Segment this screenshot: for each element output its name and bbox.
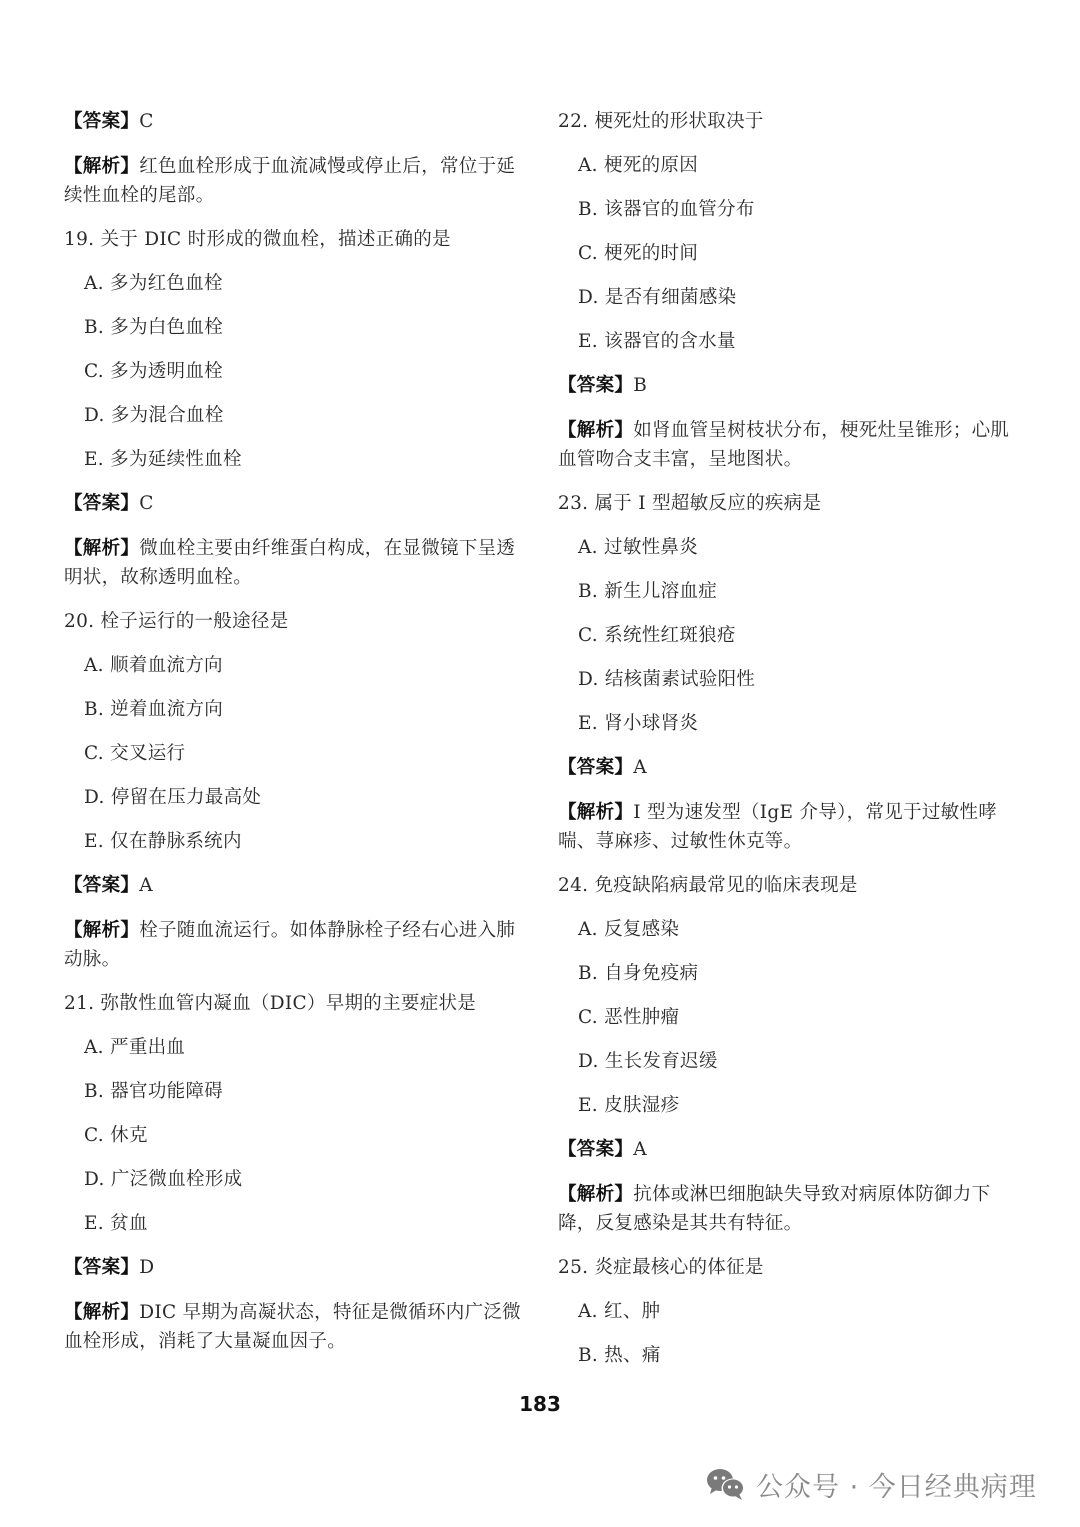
left-column: 【答案】C 【解析】红色血栓形成于血流减慢或停止后，常位于延续性血栓的尾部。 1… xyxy=(64,108,524,1372)
answer-line: 【答案】D xyxy=(64,1254,524,1282)
analysis-paragraph: 【解析】抗体或淋巴细胞缺失导致对病原体防御力下降，反复感染是其共有特征。 xyxy=(558,1180,1018,1238)
answer-tag: 【答案】 xyxy=(64,111,139,132)
option-d: D. 生长发育迟缓 xyxy=(558,1048,1018,1076)
answer-value: A xyxy=(633,757,647,778)
option-a: A. 顺着血流方向 xyxy=(64,652,524,680)
analysis-paragraph: 【解析】微血栓主要由纤维蛋白构成，在显微镜下呈透明状，故称透明血栓。 xyxy=(64,534,524,592)
answer-value: C xyxy=(139,493,153,514)
answer-value: A xyxy=(139,875,153,896)
analysis-paragraph: 【解析】如肾血管呈树枝状分布，梗死灶呈锥形；心肌血管吻合支丰富，呈地图状。 xyxy=(558,416,1018,474)
option-e: E. 多为延续性血栓 xyxy=(64,446,524,474)
watermark: 公众号 · 今日经典病理 xyxy=(706,1464,1037,1504)
option-a: A. 红、肿 xyxy=(558,1298,1018,1326)
option-d: D. 广泛微血栓形成 xyxy=(64,1166,524,1194)
answer-tag: 【答案】 xyxy=(64,1257,139,1278)
wechat-icon xyxy=(706,1467,746,1501)
question-stem: 19. 关于 DIC 时形成的微血栓，描述正确的是 xyxy=(64,226,524,254)
option-c: C. 交叉运行 xyxy=(64,740,524,768)
option-c: C. 梗死的时间 xyxy=(558,240,1018,268)
option-c: C. 多为透明血栓 xyxy=(64,358,524,386)
right-column: 22. 梗死灶的形状取决于 A. 梗死的原因 B. 该器官的血管分布 C. 梗死… xyxy=(558,108,1018,1386)
option-e: E. 肾小球肾炎 xyxy=(558,710,1018,738)
option-b: B. 逆着血流方向 xyxy=(64,696,524,724)
answer-line: 【答案】C xyxy=(64,108,524,136)
option-b: B. 器官功能障碍 xyxy=(64,1078,524,1106)
analysis-tag: 【解析】 xyxy=(558,420,633,441)
option-e: E. 该器官的含水量 xyxy=(558,328,1018,356)
analysis-tag: 【解析】 xyxy=(64,156,139,177)
answer-value: D xyxy=(139,1257,154,1278)
answer-value: C xyxy=(139,111,153,132)
analysis-tag: 【解析】 xyxy=(558,802,633,823)
answer-line: 【答案】A xyxy=(64,872,524,900)
option-b: B. 新生儿溶血症 xyxy=(558,578,1018,606)
option-a: A. 过敏性鼻炎 xyxy=(558,534,1018,562)
option-b: B. 多为白色血栓 xyxy=(64,314,524,342)
option-b: B. 该器官的血管分布 xyxy=(558,196,1018,224)
analysis-paragraph: 【解析】I 型为速发型（IgE 介导），常见于过敏性哮喘、荨麻疹、过敏性休克等。 xyxy=(558,798,1018,856)
analysis-tag: 【解析】 xyxy=(64,920,139,941)
watermark-text: 公众号 · 今日经典病理 xyxy=(756,1465,1037,1504)
option-e: E. 皮肤湿疹 xyxy=(558,1092,1018,1120)
question-stem: 20. 栓子运行的一般途径是 xyxy=(64,608,524,636)
analysis-tag: 【解析】 xyxy=(558,1184,633,1205)
option-a: A. 多为红色血栓 xyxy=(64,270,524,298)
option-b: B. 自身免疫病 xyxy=(558,960,1018,988)
option-d: D. 停留在压力最高处 xyxy=(64,784,524,812)
answer-value: B xyxy=(633,375,647,396)
option-d: D. 多为混合血栓 xyxy=(64,402,524,430)
answer-line: 【答案】B xyxy=(558,372,1018,400)
analysis-paragraph: 【解析】DIC 早期为高凝状态，特征是微循环内广泛微血栓形成，消耗了大量凝血因子… xyxy=(64,1298,524,1356)
analysis-paragraph: 【解析】红色血栓形成于血流减慢或停止后，常位于延续性血栓的尾部。 xyxy=(64,152,524,210)
document-page: 【答案】C 【解析】红色血栓形成于血流减慢或停止后，常位于延续性血栓的尾部。 1… xyxy=(0,0,1080,1527)
analysis-tag: 【解析】 xyxy=(64,1302,139,1323)
answer-tag: 【答案】 xyxy=(558,1139,633,1160)
option-a: A. 严重出血 xyxy=(64,1034,524,1062)
answer-value: A xyxy=(633,1139,647,1160)
answer-line: 【答案】A xyxy=(558,754,1018,782)
question-stem: 22. 梗死灶的形状取决于 xyxy=(558,108,1018,136)
option-c: C. 恶性肿瘤 xyxy=(558,1004,1018,1032)
option-b: B. 热、痛 xyxy=(558,1342,1018,1370)
answer-tag: 【答案】 xyxy=(558,375,633,396)
page-number: 183 xyxy=(0,1392,1080,1416)
option-a: A. 反复感染 xyxy=(558,916,1018,944)
question-stem: 23. 属于 I 型超敏反应的疾病是 xyxy=(558,490,1018,518)
option-e: E. 仅在静脉系统内 xyxy=(64,828,524,856)
option-c: C. 系统性红斑狼疮 xyxy=(558,622,1018,650)
option-e: E. 贫血 xyxy=(64,1210,524,1238)
question-stem: 25. 炎症最核心的体征是 xyxy=(558,1254,1018,1282)
option-d: D. 结核菌素试验阳性 xyxy=(558,666,1018,694)
answer-tag: 【答案】 xyxy=(64,875,139,896)
option-d: D. 是否有细菌感染 xyxy=(558,284,1018,312)
answer-line: 【答案】C xyxy=(64,490,524,518)
answer-tag: 【答案】 xyxy=(558,757,633,778)
question-stem: 21. 弥散性血管内凝血（DIC）早期的主要症状是 xyxy=(64,990,524,1018)
option-c: C. 休克 xyxy=(64,1122,524,1150)
option-a: A. 梗死的原因 xyxy=(558,152,1018,180)
analysis-tag: 【解析】 xyxy=(64,538,139,559)
answer-tag: 【答案】 xyxy=(64,493,139,514)
analysis-paragraph: 【解析】栓子随血流运行。如体静脉栓子经右心进入肺动脉。 xyxy=(64,916,524,974)
question-stem: 24. 免疫缺陷病最常见的临床表现是 xyxy=(558,872,1018,900)
answer-line: 【答案】A xyxy=(558,1136,1018,1164)
